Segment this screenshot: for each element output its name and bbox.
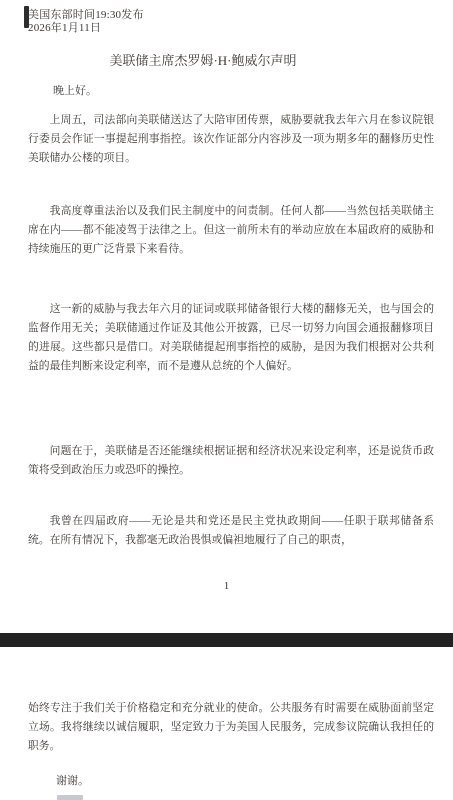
greeting-line: 晚上好。 xyxy=(53,84,97,99)
closing-line: 谢谢。 xyxy=(56,774,89,789)
paragraph-2: 我高度尊重法治以及我们民主制度中的问责制。任何人都——当然包括美联储主席在内——… xyxy=(28,202,434,259)
page-number: 1 xyxy=(0,580,453,593)
paragraph-3: 这一新的威胁与我去年六月的证词或联邦储备银行大楼的翻修无关，也与国会的监督作用无… xyxy=(28,300,434,376)
paragraph-5: 我曾在四届政府——无论是共和党还是民主党执政期间——任职于联邦储备系统。在所有情… xyxy=(28,512,434,550)
release-time-line: 美国东部时间19:30发布 xyxy=(28,9,144,22)
release-date-line: 2026年1月11日 xyxy=(28,22,144,35)
clipped-text-fragment xyxy=(57,795,83,800)
paragraph-4: 问题在于，美联储是否还能继续根据证据和经济状况来设定利率，还是说货币政策将受到政… xyxy=(28,442,434,480)
document-viewer: 美国东部时间19:30发布 2026年1月11日 美联储主席杰罗姆·H·鲍威尔声… xyxy=(0,0,453,800)
paragraph-1: 上周五，司法部向美联储送达了大陪审团传票，威胁要就我去年六月在参议院银行委员会作… xyxy=(28,111,434,168)
page-separator xyxy=(0,633,453,647)
paragraph-6-continuation: 始终专注于我们关于价格稳定和充分就业的使命。公共服务有时需要在威胁面前坚定立场。… xyxy=(28,699,434,756)
release-info: 美国东部时间19:30发布 2026年1月11日 xyxy=(28,9,144,35)
statement-title: 美联储主席杰罗姆·H·鲍威尔声明 xyxy=(0,53,406,68)
